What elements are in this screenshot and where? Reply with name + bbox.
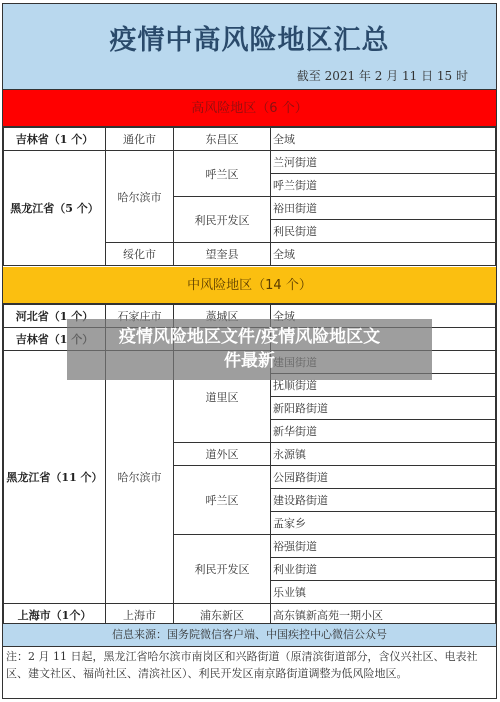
area-cell: 建设路街道 — [271, 489, 496, 512]
district-cell: 利民开发区 — [174, 535, 271, 604]
province-cell: 黑龙江省（5 个） — [4, 151, 106, 266]
province-cell: 吉林省（1 个） — [4, 128, 106, 151]
province-cell: 黑龙江省（11 个） — [4, 351, 106, 604]
high-risk-table: 吉林省（1 个） 通化市 东昌区 全域 黑龙江省（5 个） 哈尔滨市 呼兰区 兰… — [3, 127, 496, 266]
district-cell: 望奎县 — [174, 243, 271, 266]
area-cell: 乐业镇 — [271, 581, 496, 604]
high-risk-header: 高风险地区（6 个） — [3, 90, 496, 127]
city-cell: 哈尔滨市 — [106, 351, 174, 604]
area-cell: 呼兰街道 — [271, 174, 496, 197]
city-cell: 哈尔滨市 — [106, 151, 174, 243]
district-cell: 道外区 — [174, 443, 271, 466]
page-title: 疫情中高风险地区汇总 — [3, 18, 496, 57]
district-cell: 呼兰区 — [174, 466, 271, 535]
area-cell: 裕强街道 — [271, 535, 496, 558]
area-cell: 全域 — [271, 243, 496, 266]
info-source: 信息来源：国务院微信客户端、中国疾控中心微信公众号 — [3, 623, 496, 647]
table-row: 黑龙江省（5 个） 哈尔滨市 呼兰区 兰河街道 — [4, 151, 496, 174]
as-of-timestamp: 截至 2021 年 2 月 11 日 15 时 — [297, 67, 468, 84]
area-cell: 孟家乡 — [271, 512, 496, 535]
district-cell: 呼兰区 — [174, 151, 271, 197]
watermark-line-1: 疫情风险地区文件/疫情风险地区文 — [67, 325, 432, 349]
city-cell: 通化市 — [106, 128, 174, 151]
area-cell: 裕田街道 — [271, 197, 496, 220]
area-cell: 兰河街道 — [271, 151, 496, 174]
table-row: 吉林省（1 个） 通化市 东昌区 全域 — [4, 128, 496, 151]
area-cell: 永源镇 — [271, 443, 496, 466]
city-cell: 绥化市 — [106, 243, 174, 266]
title-block: 疫情中高风险地区汇总 截至 2021 年 2 月 11 日 15 时 — [3, 4, 496, 90]
district-cell: 利民开发区 — [174, 197, 271, 243]
medium-risk-header: 中风险地区（14 个） — [3, 267, 496, 304]
footnote: 注：2 月 11 日起，黑龙江省哈尔滨市南岗区和兴路街道（原清滨街道部分，含仪兴… — [6, 648, 493, 682]
watermark-line-2: 件最新 — [67, 349, 432, 373]
district-cell: 东昌区 — [174, 128, 271, 151]
area-cell: 新华街道 — [271, 420, 496, 443]
area-cell: 全域 — [271, 128, 496, 151]
area-cell: 公园路街道 — [271, 466, 496, 489]
area-cell: 利业街道 — [271, 558, 496, 581]
area-cell: 利民街道 — [271, 220, 496, 243]
area-cell: 新阳路街道 — [271, 397, 496, 420]
watermark-overlay: 疫情风险地区文件/疫情风险地区文 件最新 — [67, 319, 432, 380]
